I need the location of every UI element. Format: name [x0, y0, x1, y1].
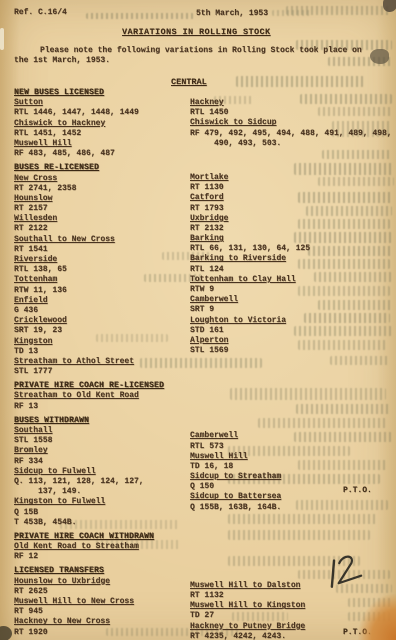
handwritten-mark-icon	[314, 548, 369, 600]
stock-numbers: RTL 66, 131, 130, 64, 125	[190, 244, 396, 254]
stock-numbers: Q. 113, 121, 128, 124, 127,	[14, 477, 186, 487]
route-or-garage: New Cross	[14, 174, 186, 184]
route-or-garage: Kingston to Fulwell	[14, 497, 186, 507]
stock-section: BUSES RE-LICENSEDNew CrossRT 2741, 2358H…	[14, 163, 186, 377]
document-title: VARIATIONS IN ROLLING STOCK	[122, 27, 271, 37]
route-or-garage: Bromley	[14, 446, 186, 456]
stock-numbers: RF 13	[14, 402, 186, 412]
stock-numbers: RT 2741, 2358	[14, 184, 186, 194]
intro-text-line2: the 1st March, 1953.	[14, 56, 110, 66]
stock-numbers: RT 1920	[14, 628, 186, 638]
ink-blot-top-right	[383, 0, 396, 12]
stock-numbers: RF 483, 485, 486, 487	[14, 149, 186, 159]
route-or-garage: Sidcup to Streatham	[190, 472, 396, 482]
route-or-garage: Loughton to Victoria	[190, 316, 396, 326]
stock-section: MortlakeRT 1130CatfordRT 1793UxbridgeRT …	[190, 173, 396, 356]
stock-numbers: SRT 19, 23	[14, 326, 186, 336]
section-heading: BUSES RE-LICENSED	[14, 163, 186, 173]
route-or-garage: Barking to Riverside	[190, 254, 396, 264]
stock-section: PRIVATE HIRE COACH WITHDRAWNOld Kent Roa…	[14, 532, 186, 563]
route-or-garage: Camberwell	[190, 431, 396, 441]
ink-blot-bottom-left	[0, 626, 12, 640]
region-heading: CENTRAL	[171, 77, 207, 87]
stock-numbers: TD 16, 18	[190, 462, 396, 472]
route-or-garage: Southall	[14, 426, 186, 436]
route-or-garage: Hackney	[190, 98, 396, 108]
stock-numbers: Q 15B	[14, 508, 186, 518]
stock-numbers: STL 1777	[14, 367, 186, 377]
stock-numbers: RTL 1446, 1447, 1448, 1449	[14, 108, 186, 118]
stock-section: PRIVATE HIRE COACH RE-LICENSEDStreatham …	[14, 381, 186, 412]
section-heading: LICENSED TRANSFERS	[14, 566, 186, 576]
route-or-garage: Tottenham to Clay Hall	[190, 275, 396, 285]
stock-section: HackneyRTL 1450Chiswick to SidcupRF 479,…	[190, 98, 396, 149]
stock-numbers: STL 1558	[14, 436, 186, 446]
route-or-garage: Hounslow to Uxbridge	[14, 577, 186, 587]
stock-numbers: RT 1541	[14, 245, 186, 255]
reference-number: Ref. C.16/4	[14, 8, 67, 18]
bleedthrough-smudge	[86, 13, 194, 19]
ink-blot-right-edge	[370, 49, 389, 64]
stain-bottom-right	[358, 594, 396, 640]
route-or-garage: Camberwell	[190, 295, 396, 305]
route-or-garage: Streatham to Old Kent Road	[14, 391, 186, 401]
stock-numbers: RTL 1451, 1452	[14, 129, 186, 139]
stock-numbers: RT 2625	[14, 587, 186, 597]
stock-section: NEW BUSES LICENSEDSuttonRTL 1446, 1447, …	[14, 88, 186, 159]
stock-numbers: 137, 149.	[14, 487, 186, 497]
stock-section: CamberwellRTL 573Muswell HillTD 16, 18Si…	[190, 431, 396, 513]
section-heading: PRIVATE HIRE COACH WITHDRAWN	[14, 532, 186, 542]
route-or-garage: Streatham to Athol Street	[14, 357, 186, 367]
stock-section: BUSES WITHDRAWNSouthallSTL 1558BromleyRF…	[14, 416, 186, 528]
stock-numbers: G 436	[14, 306, 186, 316]
route-or-garage: Chiswick to Hackney	[14, 119, 186, 129]
route-or-garage: Alperton	[190, 336, 396, 346]
route-or-garage: Catford	[190, 193, 396, 203]
route-or-garage: Uxbridge	[190, 214, 396, 224]
stock-section: LICENSED TRANSFERSHounslow to UxbridgeRT…	[14, 566, 186, 637]
stock-numbers: TD 13	[14, 347, 186, 357]
route-or-garage: Muswell Hill	[14, 139, 186, 149]
bleedthrough-smudge	[236, 76, 364, 87]
route-or-garage: Mortlake	[190, 173, 396, 183]
stock-numbers: RT 945	[14, 607, 186, 617]
stock-numbers: RT 2122	[14, 224, 186, 234]
left-column: NEW BUSES LICENSEDSuttonRTL 1446, 1447, …	[14, 88, 186, 638]
route-or-garage: Muswell Hill	[190, 452, 396, 462]
stock-numbers: RT 2132	[190, 224, 396, 234]
route-or-garage: Southall to New Cross	[14, 235, 186, 245]
route-or-garage: Enfield	[14, 296, 186, 306]
stock-numbers: RF 479, 492, 495, 494, 488, 491, 489, 49…	[190, 129, 396, 139]
stock-numbers: RTW 11, 136	[14, 286, 186, 296]
section-heading: BUSES WITHDRAWN	[14, 416, 186, 426]
stock-numbers: RT 1130	[190, 183, 396, 193]
bleedthrough-smudge	[286, 6, 390, 15]
stock-numbers: STL 1569	[190, 346, 396, 356]
stock-numbers: STD 161	[190, 326, 396, 336]
stock-numbers: 490, 493, 503.	[190, 139, 396, 149]
route-or-garage: Cricklewood	[14, 316, 186, 326]
stock-numbers: RT 2157	[14, 204, 186, 214]
stock-numbers: SRT 9	[190, 305, 396, 315]
stock-numbers: RTL 138, 65	[14, 265, 186, 275]
pto-note-middle: P.T.O.	[343, 486, 372, 496]
route-or-garage: Kingston	[14, 337, 186, 347]
document-page: Ref. C.16/4 5th March, 1953 VARIATIONS I…	[0, 0, 396, 640]
route-or-garage: Hackney to New Cross	[14, 617, 186, 627]
route-or-garage: Hounslow	[14, 194, 186, 204]
route-or-garage: Tottenham	[14, 275, 186, 285]
stock-numbers: T 453B, 454B.	[14, 518, 186, 528]
stock-numbers: RF 12	[14, 552, 186, 562]
route-or-garage: Riverside	[14, 255, 186, 265]
stock-numbers: RTW 9	[190, 285, 396, 295]
document-date: 5th March, 1953	[196, 9, 268, 19]
stock-numbers: RTL 1450	[190, 108, 396, 118]
stock-numbers: Q 155B, 163B, 164B.	[190, 503, 396, 513]
stock-numbers: RTL 573	[190, 442, 396, 452]
route-or-garage: Sidcup to Fulwell	[14, 467, 186, 477]
route-or-garage: Old Kent Road to Streatham	[14, 542, 186, 552]
route-or-garage: Muswell Hill to New Cross	[14, 597, 186, 607]
route-or-garage: Barking	[190, 234, 396, 244]
section-heading: NEW BUSES LICENSED	[14, 88, 186, 98]
paper-edge-highlight	[0, 28, 4, 50]
route-or-garage: Chiswick to Sidcup	[190, 118, 396, 128]
route-or-garage: Willesden	[14, 214, 186, 224]
intro-text-line1: Please note the following variations in …	[14, 46, 362, 56]
section-heading: PRIVATE HIRE COACH RE-LICENSED	[14, 381, 186, 391]
stock-numbers: RF 334	[14, 457, 186, 467]
stock-numbers: RT 1793	[190, 204, 396, 214]
route-or-garage: Sutton	[14, 98, 186, 108]
stock-numbers: RTL 124	[190, 265, 396, 275]
